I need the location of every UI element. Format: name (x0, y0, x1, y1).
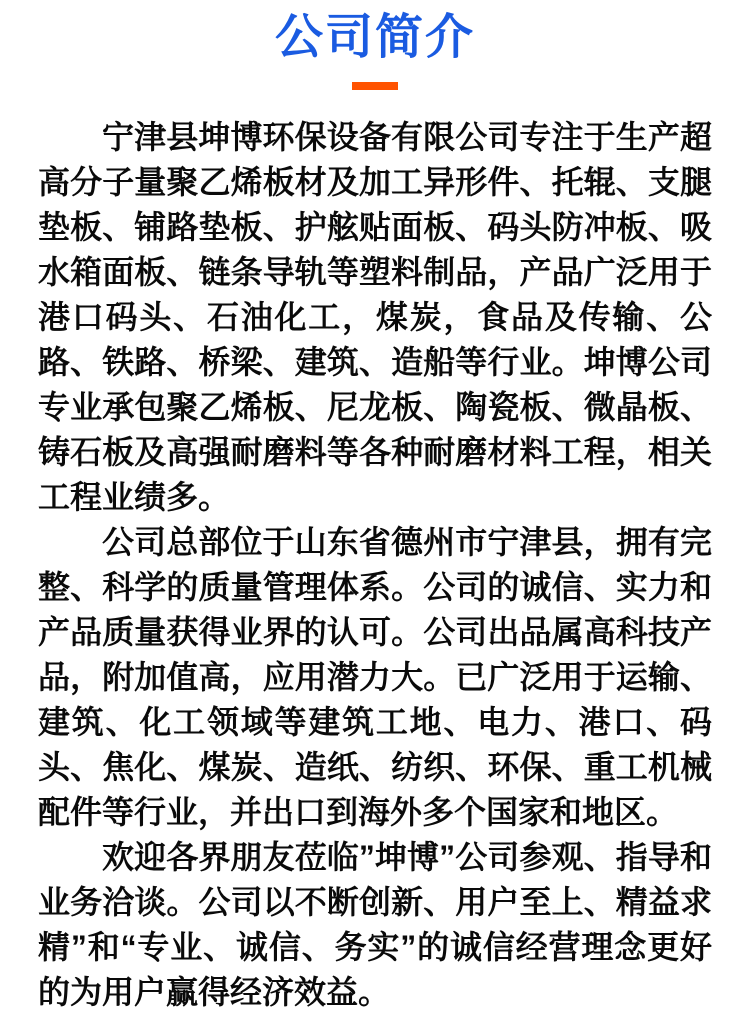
company-profile-page: 公司简介 宁津县坤博环保设备有限公司专注于生产超高分子量聚乙烯板材及加工异形件、… (0, 0, 750, 1019)
title-divider (352, 82, 398, 90)
paragraph-headquarters-and-quality: 公司总部位于山东省德州市宁津县，拥有完整、科学的质量管理体系。公司的诚信、实力和… (38, 520, 712, 835)
profile-text: 宁津县坤博环保设备有限公司专注于生产超高分子量聚乙烯板材及加工异形件、托辊、支腿… (38, 115, 712, 1015)
paragraph-products-and-industries: 宁津县坤博环保设备有限公司专注于生产超高分子量聚乙烯板材及加工异形件、托辊、支腿… (38, 115, 712, 520)
paragraph-welcome-and-philosophy: 欢迎各界朋友莅临”坤博”公司参观、指导和业务洽谈。公司以不断创新、用户至上、精益… (38, 835, 712, 1015)
section-header: 公司简介 (0, 0, 750, 90)
page-title: 公司简介 (0, 12, 750, 64)
